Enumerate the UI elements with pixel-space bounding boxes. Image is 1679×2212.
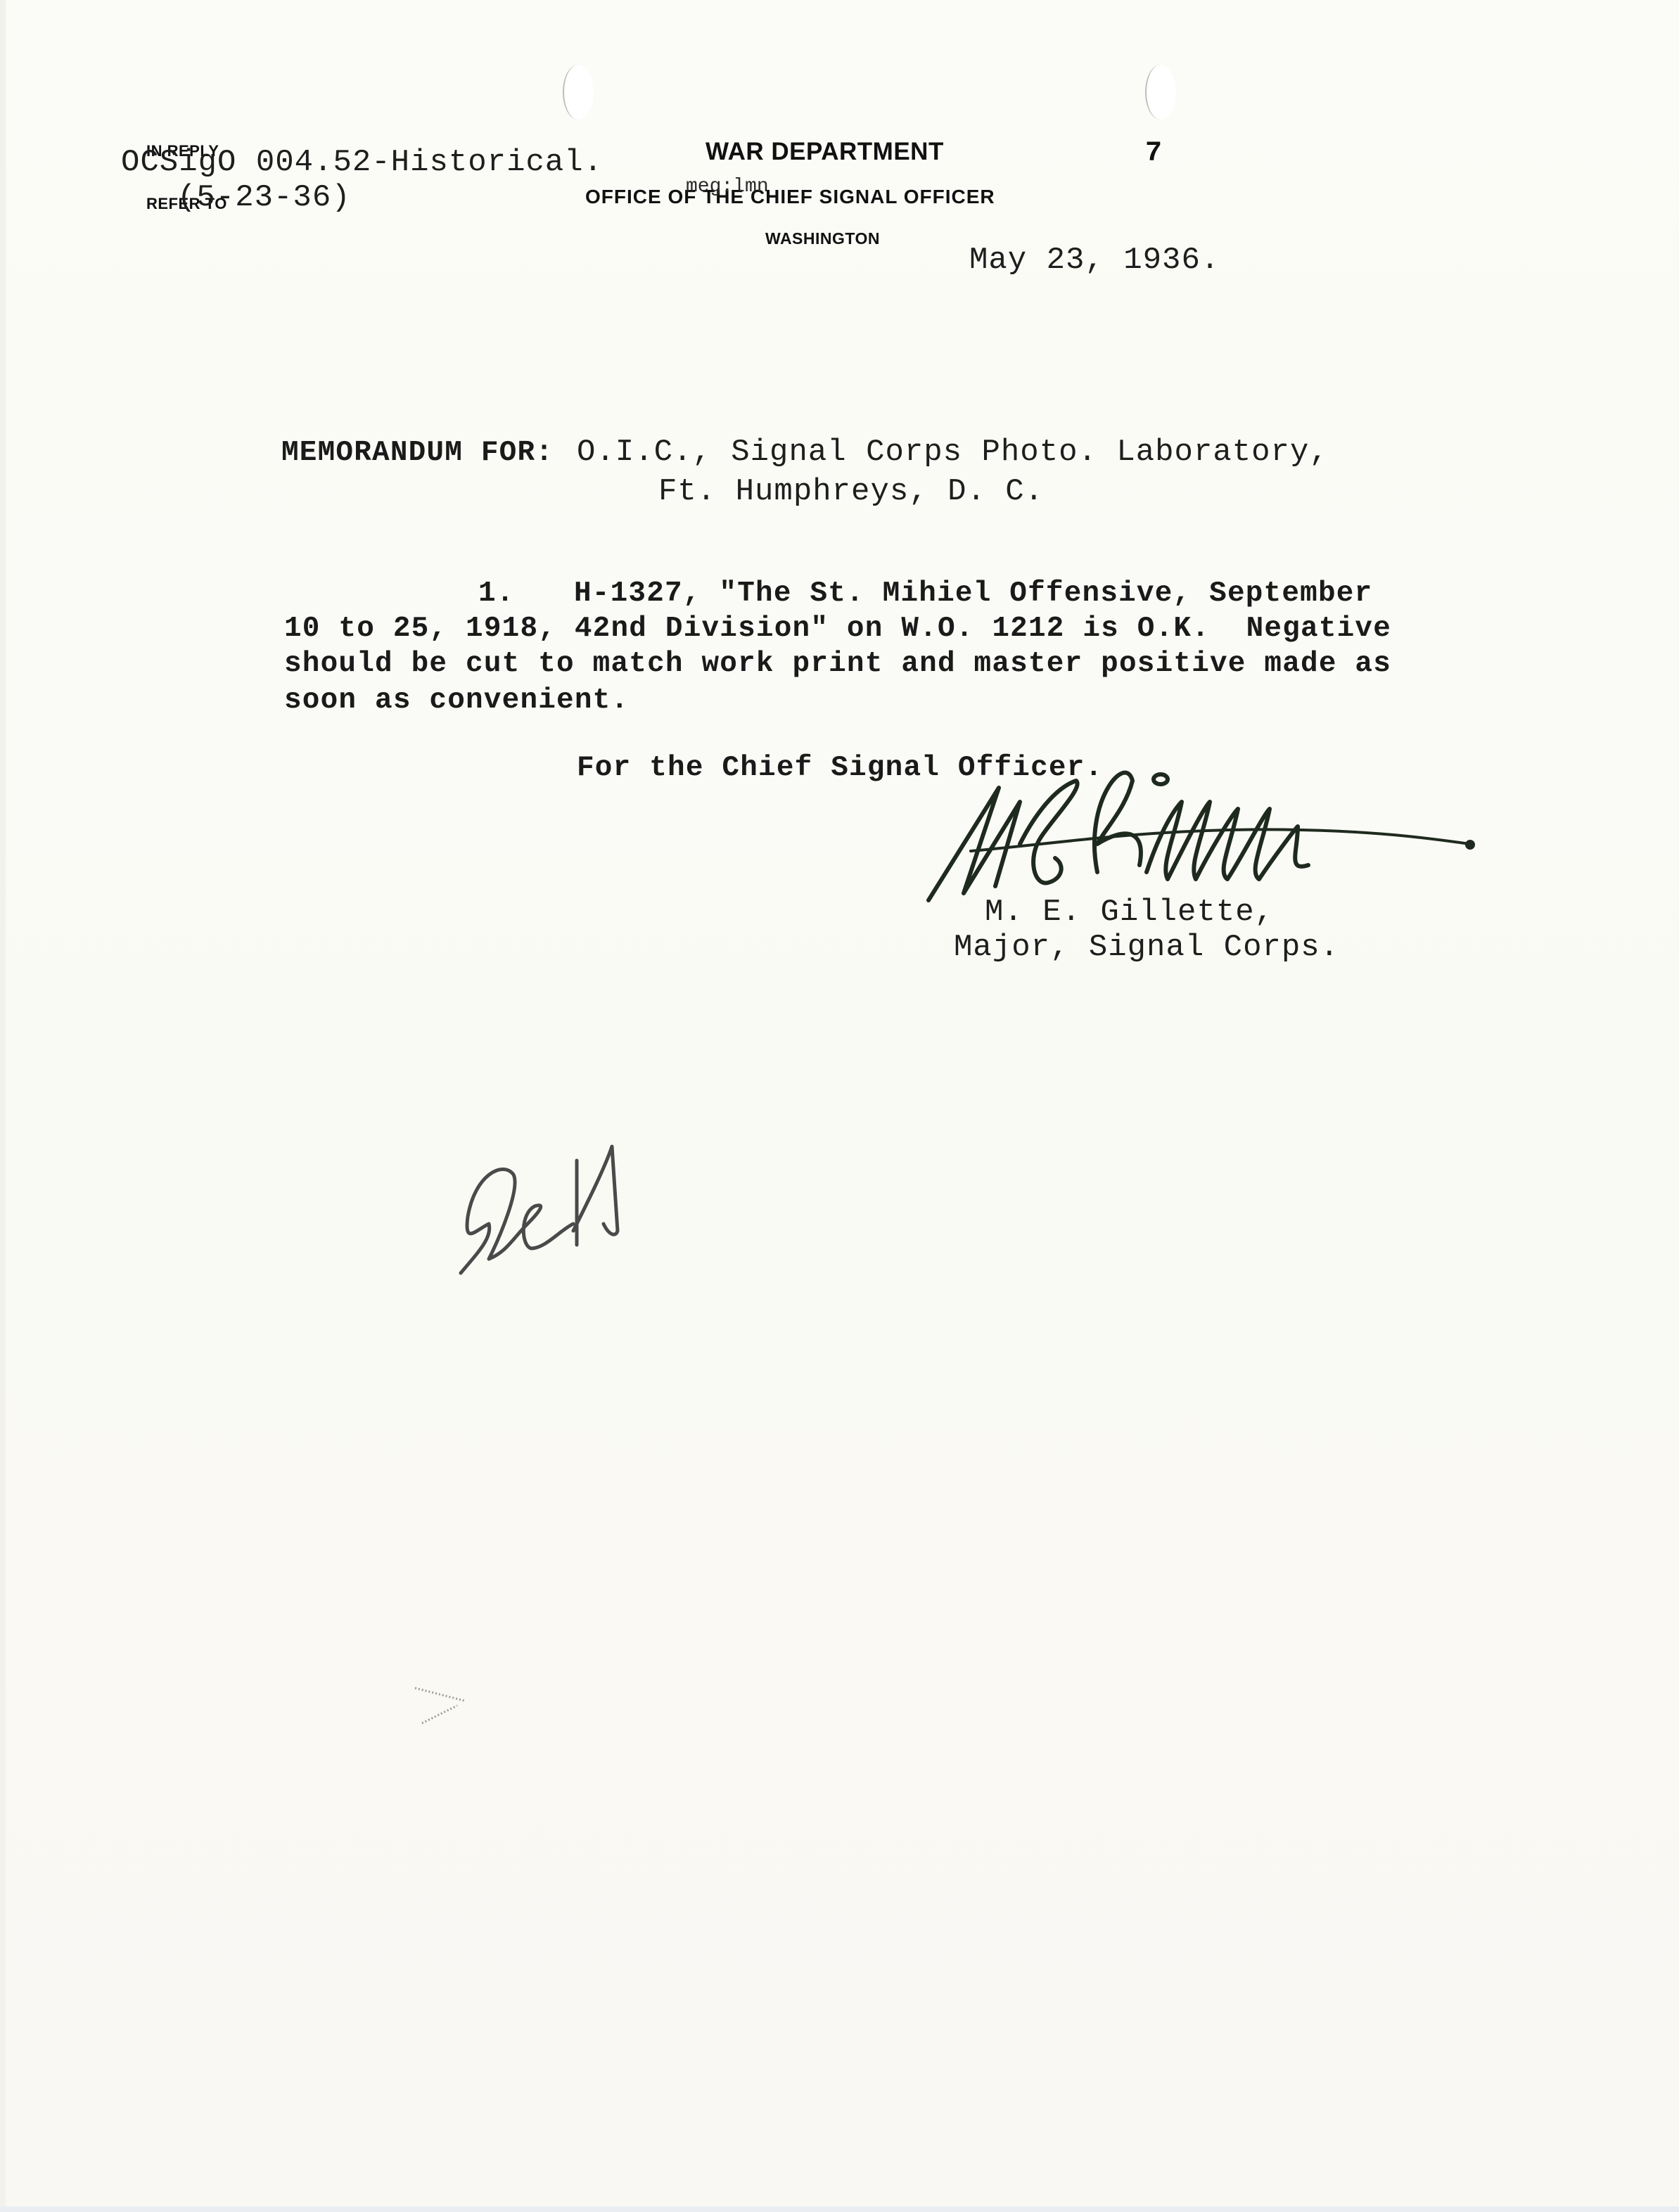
punch-hole-left <box>563 65 594 120</box>
punch-hole-right <box>1145 65 1176 120</box>
reference-number: OCSigO 004.52-Historical. <box>121 145 603 180</box>
memo-date: May 23, 1936. <box>969 243 1220 278</box>
signer-title: Major, Signal Corps. <box>954 930 1339 965</box>
page-left-edge <box>0 0 6 2212</box>
faint-pencil-mark <box>408 1674 492 1730</box>
document-page: IN REPLY REFER TO OCSigO 004.52-Historic… <box>0 0 1679 2212</box>
body-line-2: 10 to 25, 1918, 42nd Division" on W.O. 1… <box>284 612 1391 646</box>
addressee-line1: O.I.C., Signal Corps Photo. Laboratory, <box>577 435 1329 470</box>
signer-name: M. E. Gillette, <box>985 895 1274 930</box>
letterhead-city: WASHINGTON <box>765 229 880 248</box>
typist-initials: meg:lmn <box>686 176 769 198</box>
paragraph-number: 1. <box>478 577 515 610</box>
pencil-initials <box>436 1132 647 1287</box>
page-number: 7 <box>1145 138 1162 170</box>
page-bottom-edge <box>0 2206 1679 2212</box>
body-line-4: soon as convenient. <box>284 684 629 717</box>
letterhead-office: OFFICE OF THE CHIEF SIGNAL OFFICER <box>585 186 995 208</box>
addressee-line2: Ft. Humphreys, D. C. <box>658 474 1044 509</box>
reference-date: (5-23-36) <box>177 180 351 215</box>
letterhead-department: WAR DEPARTMENT <box>706 138 944 166</box>
body-line-3: should be cut to match work print and ma… <box>284 647 1391 681</box>
memo-for-label: MEMORANDUM FOR: <box>281 436 554 470</box>
body-line-1: H-1327, "The St. Mihiel Offensive, Septe… <box>574 577 1372 610</box>
